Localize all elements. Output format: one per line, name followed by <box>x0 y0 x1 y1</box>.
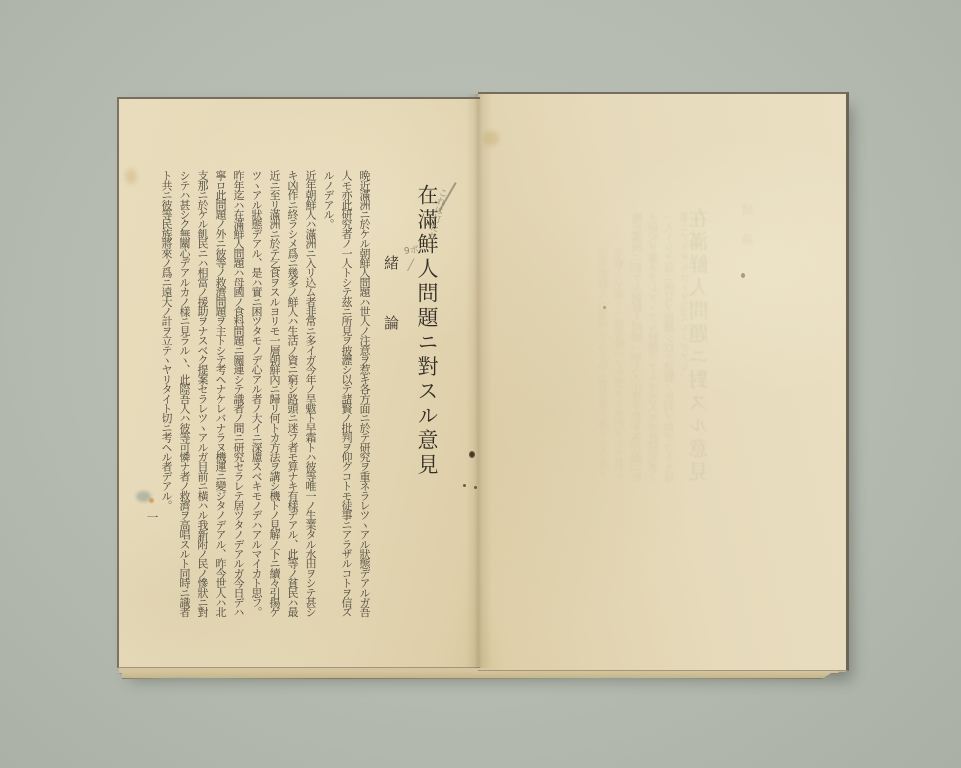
photo-background: 在滿鮮人問題ニ對スル意見 緒論 晩近滿洲ニ於ケル朝鮮人問題ハ世人ノ注意ヲ惹キ各方… <box>0 0 961 768</box>
body-paragraph: 近年朝鮮人ハ滿洲ニ入リ込ム者非常ニ多イガ今年ノ旱魃ト早霜トハ彼等唯一ノ生業タル水… <box>247 170 319 625</box>
showthrough-heading: 緒論 <box>738 203 758 273</box>
page-stack-edge <box>122 670 836 679</box>
book-gutter-fold <box>466 94 492 668</box>
pencil-type-size-note: 9ポ <box>403 242 419 257</box>
showthrough-text: 近年朝鮮人ハ滿洲ニ入リ込ム者非常ニ多イガ今年ノ旱魃ト早霜トハ彼等唯一ノ生業タル水… <box>596 248 632 483</box>
binding-hole <box>474 486 477 489</box>
binding-hole <box>463 484 466 487</box>
body-paragraph: 晩近滿洲ニ於ケル朝鮮人問題ハ世人ノ注意ヲ惹キ各方面ニ於テ研究ヲ重ネラレツヽアル狀… <box>319 170 373 625</box>
text-column-block: 在滿鮮人問題ニ對スル意見 緒論 晩近滿洲ニ於ケル朝鮮人問題ハ世人ノ注意ヲ惹キ各方… <box>157 170 447 625</box>
page-number: 一 <box>144 511 161 523</box>
binding-hole <box>469 451 475 458</box>
showthrough-text: 晩近滿洲ニ於ケル朝鮮人問題ハ世人ノ注意ヲ惹キ各方面ニ於テ研究ヲ重ネラレツヽアル狀… <box>630 212 688 482</box>
body-paragraph: 昨年迄ハ在滿鮮人問題ハ母國ノ食料問題ニ關連シテ識者ノ間ニ研究セラレテ居ツタノデア… <box>157 170 247 625</box>
section-heading: 緒論 <box>373 170 407 625</box>
showthrough-title: 在滿鮮人問題ニ對スル意見 <box>686 208 716 488</box>
